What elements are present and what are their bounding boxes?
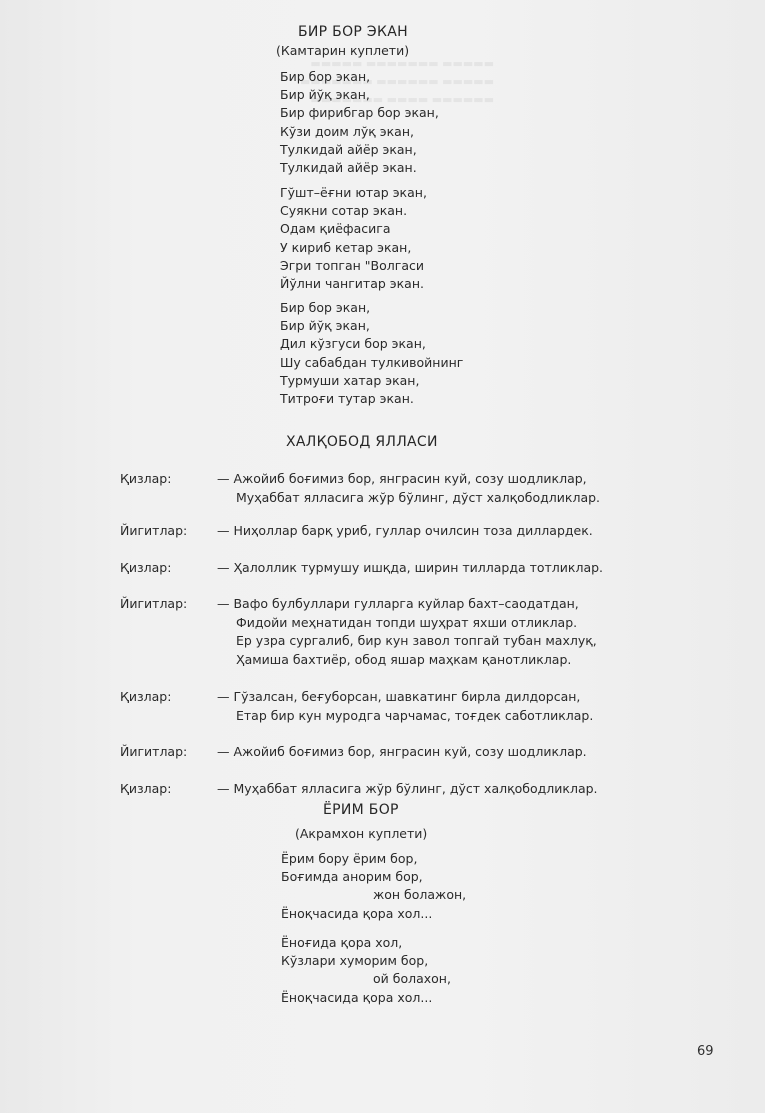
speaker: Қизлар: (120, 780, 171, 799)
verse-line: Ер узра сургалиб, бир кун завол топгай т… (217, 632, 603, 651)
song-subtitle: (Акрамхон куплети) (295, 826, 427, 841)
dialogue-turn: Йигитлар: — Вафо булбуллари гулларга куй… (120, 595, 603, 669)
verse-line: Етар бир кун муродга чарчамас, тоғдек са… (217, 707, 603, 726)
stanza: Ёноғида қора хол, Кўзлари хуморим бор, о… (281, 934, 451, 1007)
verse-line: Йўлни чангитар экан. (280, 275, 427, 293)
verse-line: Гўшт–ёғни ютар экан, (280, 184, 427, 202)
song-subtitle: (Камтарин куплети) (276, 43, 409, 58)
dialogue-turn: Қизлар: — Ажойиб боғимиз бор, янграсин к… (120, 470, 603, 507)
speaker: Қизлар: (120, 470, 171, 489)
song-title: ЁРИМ БОР (323, 802, 399, 818)
verse-line: Тулкидай айёр экан, (280, 141, 439, 159)
stanza: Бир бор экан, Бир йўқ экан, Дил кўзгуси … (280, 299, 463, 408)
verse-line: Муҳаббат ялласига жўр бўлинг, дўст халқо… (217, 489, 603, 508)
verse-line: Титроғи тутар экан. (280, 390, 463, 408)
dialogue-turn: Йигитлар: — Ажойиб боғимиз бор, янграсин… (120, 743, 603, 762)
verse-line: Ёноқчасида қора хол... (281, 905, 466, 923)
dialogue-turn: Қизлар: — Гўзалсан, беғуборсан, шавкатин… (120, 688, 603, 725)
verse-line: Одам қиёфасига (280, 220, 427, 238)
verse-line: Дил кўзгуси бор экан, (280, 335, 463, 353)
dialogue-turn: Қизлар: — Муҳаббат ялласига жўр бўлинг, … (120, 780, 603, 799)
verse-line: Бир йўқ экан, (280, 317, 463, 335)
verse-line: Ёноқчасида қора хол... (281, 989, 451, 1007)
dialogue-turn: Қизлар: — Ҳалоллик турмушу ишқда, ширин … (120, 559, 603, 578)
verse-line: Бир бор экан, (280, 68, 439, 86)
stanza: Гўшт–ёғни ютар экан, Суякни сотар экан. … (280, 184, 427, 293)
verse-line: Кўзлари хуморим бор, (281, 952, 451, 970)
song-title: БИР БОР ЭКАН (298, 24, 408, 40)
verse-line: Эгри топган "Волгаси (280, 257, 427, 275)
verse-line: — Ажойиб боғимиз бор, янграсин куй, созу… (217, 743, 603, 762)
verse-line: Шу сабабдан тулкивойнинг (280, 354, 463, 372)
dialogue: Қизлар: — Ажойиб боғимиз бор, янграсин к… (120, 470, 603, 813)
verse-line: ой болахон, (281, 970, 451, 988)
verse-line: Турмуши хатар экан, (280, 372, 463, 390)
speaker: Йигитлар: (120, 595, 187, 614)
page-number: 69 (697, 1044, 714, 1059)
verse-line: Ҳамиша бахтиёр, обод яшар маҳкам қанотли… (217, 651, 603, 670)
verse-line: — Ниҳоллар барқ уриб, гуллар очилсин тоз… (217, 522, 603, 541)
verse-line: Бир йўқ экан, (280, 86, 439, 104)
speaker: Қизлар: (120, 559, 171, 578)
verse-line: Фидойи меҳнатидан топди шуҳрат яхши отли… (217, 614, 603, 633)
verse-line: Суякни сотар экан. (280, 202, 427, 220)
stanza: Ёрим бору ёрим бор, Боғимда анорим бор, … (281, 850, 466, 923)
verse-line: — Муҳаббат ялласига жўр бўлинг, дўст хал… (217, 780, 603, 799)
verse-line: У кириб кетар экан, (280, 239, 427, 257)
stanza: Бир бор экан, Бир йўқ экан, Бир фирибгар… (280, 68, 439, 177)
verse-line: Бир бор экан, (280, 299, 463, 317)
song-title: ХАЛҚОБОД ЯЛЛАСИ (286, 434, 438, 450)
verse-line: Бир фирибгар бор экан, (280, 104, 439, 122)
speaker: Йигитлар: (120, 743, 187, 762)
speaker: Йигитлар: (120, 522, 187, 541)
verse-line: Ёноғида қора хол, (281, 934, 451, 952)
verse-line: — Ҳалоллик турмушу ишқда, ширин тилларда… (217, 559, 603, 578)
verse-line: Тулкидай айёр экан. (280, 159, 439, 177)
verse-line: — Гўзалсан, беғуборсан, шавкатинг бирла … (217, 688, 603, 707)
book-page: ▬▬▬▬▬ ▬▬▬▬▬▬▬ ▬▬▬▬▬▬▬▬▬▬ ▬▬▬▬▬▬ ▬▬▬▬▬▬▬▬… (0, 0, 765, 1113)
verse-line: — Ажойиб боғимиз бор, янграсин куй, созу… (217, 470, 603, 489)
verse-line: Кўзи доим лўқ экан, (280, 123, 439, 141)
speaker: Қизлар: (120, 688, 171, 707)
dialogue-turn: Йигитлар: — Ниҳоллар барқ уриб, гуллар о… (120, 522, 603, 541)
verse-line: Боғимда анорим бор, (281, 868, 466, 886)
verse-line: Ёрим бору ёрим бор, (281, 850, 466, 868)
verse-line: — Вафо булбуллари гулларга куйлар бахт–с… (217, 595, 603, 614)
verse-line: жон болажон, (281, 886, 466, 904)
